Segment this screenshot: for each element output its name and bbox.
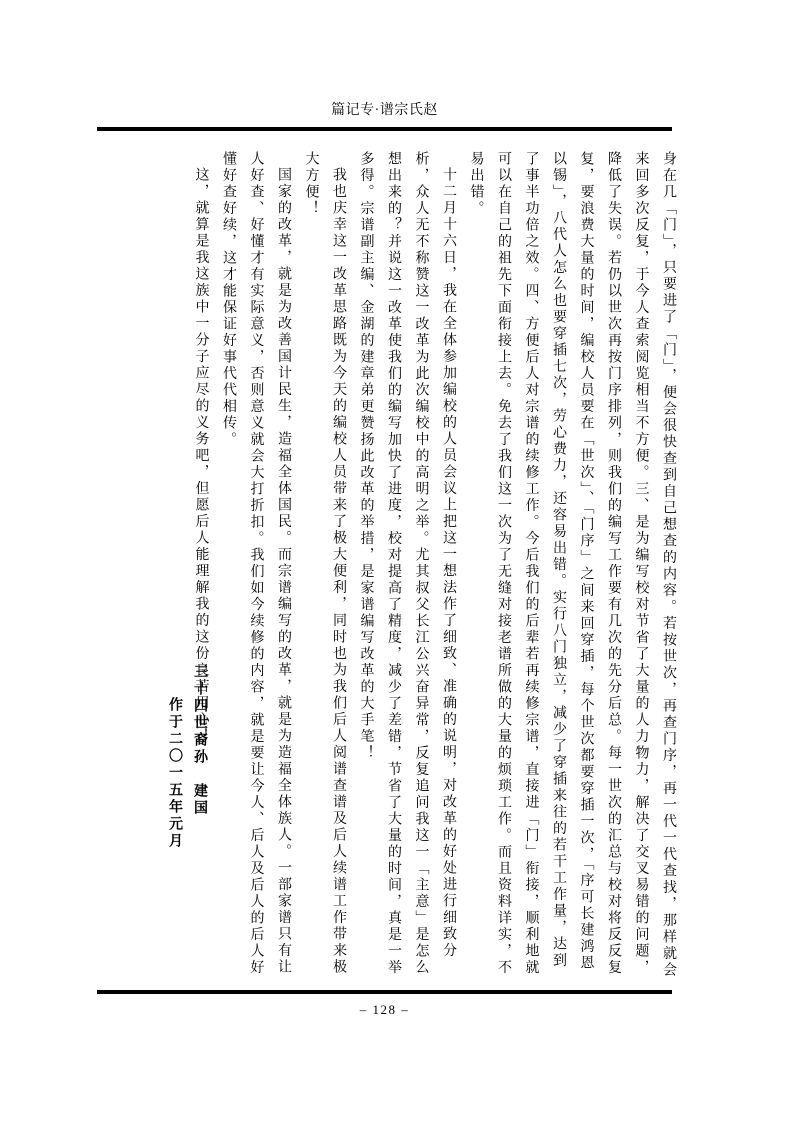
body-text-block: 身在几「门」，只要进了「门」，便会很快查到自己想查的内容。若按世次，再查门序，再… — [117, 151, 682, 981]
paragraph-1: 身在几「门」，只要进了「门」，便会很快查到自己想查的内容。若按世次，再查门序，再… — [462, 151, 682, 981]
page-number: – 128 – — [97, 1002, 672, 1018]
signature-name-line: 三十四世裔孙 建国 — [186, 664, 213, 817]
paragraph-4: 国家的改革，就是为改善国计民生，造福全体国民。而宗谱编写的改革，就是为造福全体族… — [215, 151, 298, 981]
paragraph-3: 我也庆幸这一改革思路既为今天的编校人员带来了极大便利，同时也为我们后人阅谱查谱及… — [297, 151, 352, 981]
paragraph-2: 十二月十六日，我在全体参加编校的人员会议上把这一想法作了细致、准确的说明，对改革… — [352, 151, 462, 981]
header-rule — [97, 127, 672, 131]
document-page: 篇记专·谱宗氏赵 身在几「门」，只要进了「门」，便会很快查到自己想查的内容。若按… — [0, 0, 794, 1123]
page-header-title: 篇记专·谱宗氏赵 — [97, 103, 672, 120]
paragraph-5: 这，就算是我这族中一分子应尽的义务吧，但愿后人能理解我的这份良苦用心！ — [187, 151, 215, 981]
signature-date-line: 作于二〇一五年元月 — [161, 697, 188, 850]
footer-rule — [97, 990, 672, 994]
